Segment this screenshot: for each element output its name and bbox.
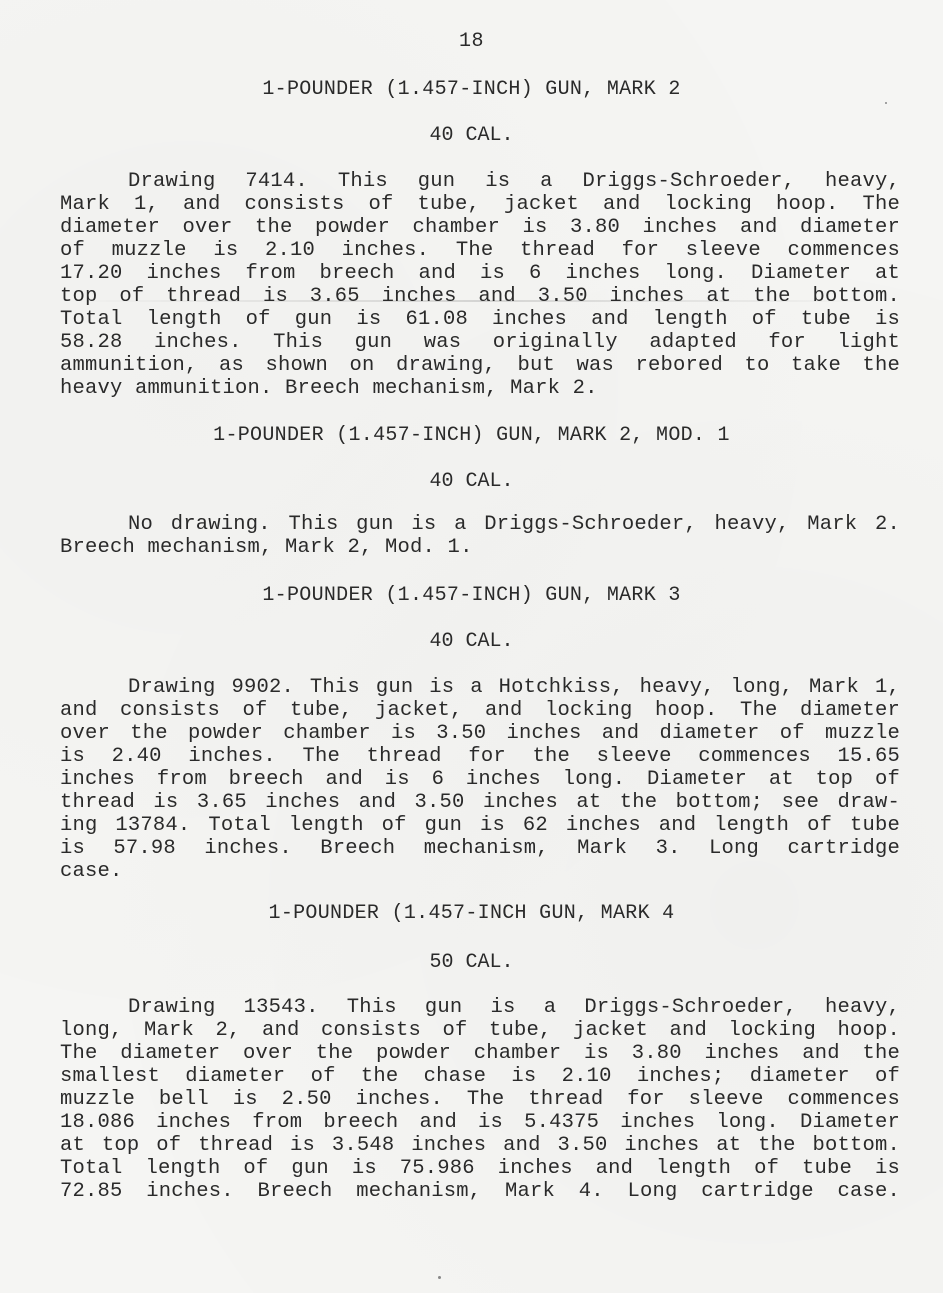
paragraph-line: top of thread is 3.65 inches and 3.50 in… [60, 285, 900, 308]
paragraph-line: muzzle bell is 2.50 inches. The thread f… [60, 1088, 900, 1111]
section-caliber: 40 CAL. [0, 470, 943, 493]
paragraph-line: Mark 1, and consists of tube, jacket and… [60, 193, 900, 216]
paragraph-line: No drawing. This gun is a Driggs-Schroed… [60, 513, 900, 536]
section-caliber: 40 CAL. [0, 124, 943, 147]
section-paragraph: Drawing 13543. This gun is a Driggs-Schr… [60, 996, 900, 1203]
section-paragraph: Drawing 7414. This gun is a Driggs-Schro… [60, 170, 900, 400]
section-caliber: 50 CAL. [0, 951, 943, 974]
scan-speck [438, 1276, 441, 1279]
paragraph-line: Total length of gun is 75.986 inches and… [60, 1157, 900, 1180]
paragraph-line: ammunition, as shown on drawing, but was… [60, 354, 900, 377]
paragraph-line: over the powder chamber is 3.50 inches a… [60, 722, 900, 745]
document-page: 18 1-POUNDER (1.457-INCH) GUN, MARK 2 40… [0, 0, 943, 1293]
section-paragraph: No drawing. This gun is a Driggs-Schroed… [60, 513, 900, 559]
paragraph-line: ing 13784. Total length of gun is 62 inc… [60, 814, 900, 837]
page-number: 18 [0, 30, 943, 53]
paragraph-line: is 2.40 inches. The thread for the sleev… [60, 745, 900, 768]
paragraph-line: thread is 3.65 inches and 3.50 inches at… [60, 791, 900, 814]
section-paragraph: Drawing 9902. This gun is a Hotchkiss, h… [60, 676, 900, 883]
paragraph-line: case. [60, 860, 900, 883]
paragraph-line: Drawing 9902. This gun is a Hotchkiss, h… [60, 676, 900, 699]
paragraph-line: Drawing 13543. This gun is a Driggs-Schr… [60, 996, 900, 1019]
paragraph-line: 58.28 inches. This gun was originally ad… [60, 331, 900, 354]
paragraph-line: is 57.98 inches. Breech mechanism, Mark … [60, 837, 900, 860]
paragraph-line: heavy ammunition. Breech mechanism, Mark… [60, 377, 900, 400]
paragraph-line: diameter over the powder chamber is 3.80… [60, 216, 900, 239]
paragraph-line: inches from breech and is 6 inches long.… [60, 768, 900, 791]
scan-speck [885, 102, 887, 104]
paragraph-line: The diameter over the powder chamber is … [60, 1042, 900, 1065]
paragraph-line: at top of thread is 3.548 inches and 3.5… [60, 1134, 900, 1157]
paragraph-line: smallest diameter of the chase is 2.10 i… [60, 1065, 900, 1088]
section-caliber: 40 CAL. [0, 630, 943, 653]
section-heading: 1-POUNDER (1.457-INCH) GUN, MARK 2, MOD.… [0, 424, 943, 447]
paragraph-line: 17.20 inches from breech and is 6 inches… [60, 262, 900, 285]
paragraph-line: Breech mechanism, Mark 2, Mod. 1. [60, 536, 900, 559]
paragraph-line: Total length of gun is 61.08 inches and … [60, 308, 900, 331]
paragraph-line: and consists of tube, jacket, and lockin… [60, 699, 900, 722]
section-heading: 1-POUNDER (1.457-INCH) GUN, MARK 3 [0, 584, 943, 607]
paragraph-line: 18.086 inches from breech and is 5.4375 … [60, 1111, 900, 1134]
section-heading: 1-POUNDER (1.457-INCH) GUN, MARK 2 [0, 78, 943, 101]
paragraph-line: 72.85 inches. Breech mechanism, Mark 4. … [60, 1180, 900, 1203]
paragraph-line: of muzzle is 2.10 inches. The thread for… [60, 239, 900, 262]
paragraph-line: Drawing 7414. This gun is a Driggs-Schro… [60, 170, 900, 193]
section-heading: 1-POUNDER (1.457-INCH GUN, MARK 4 [0, 902, 943, 925]
paragraph-line: long, Mark 2, and consists of tube, jack… [60, 1019, 900, 1042]
